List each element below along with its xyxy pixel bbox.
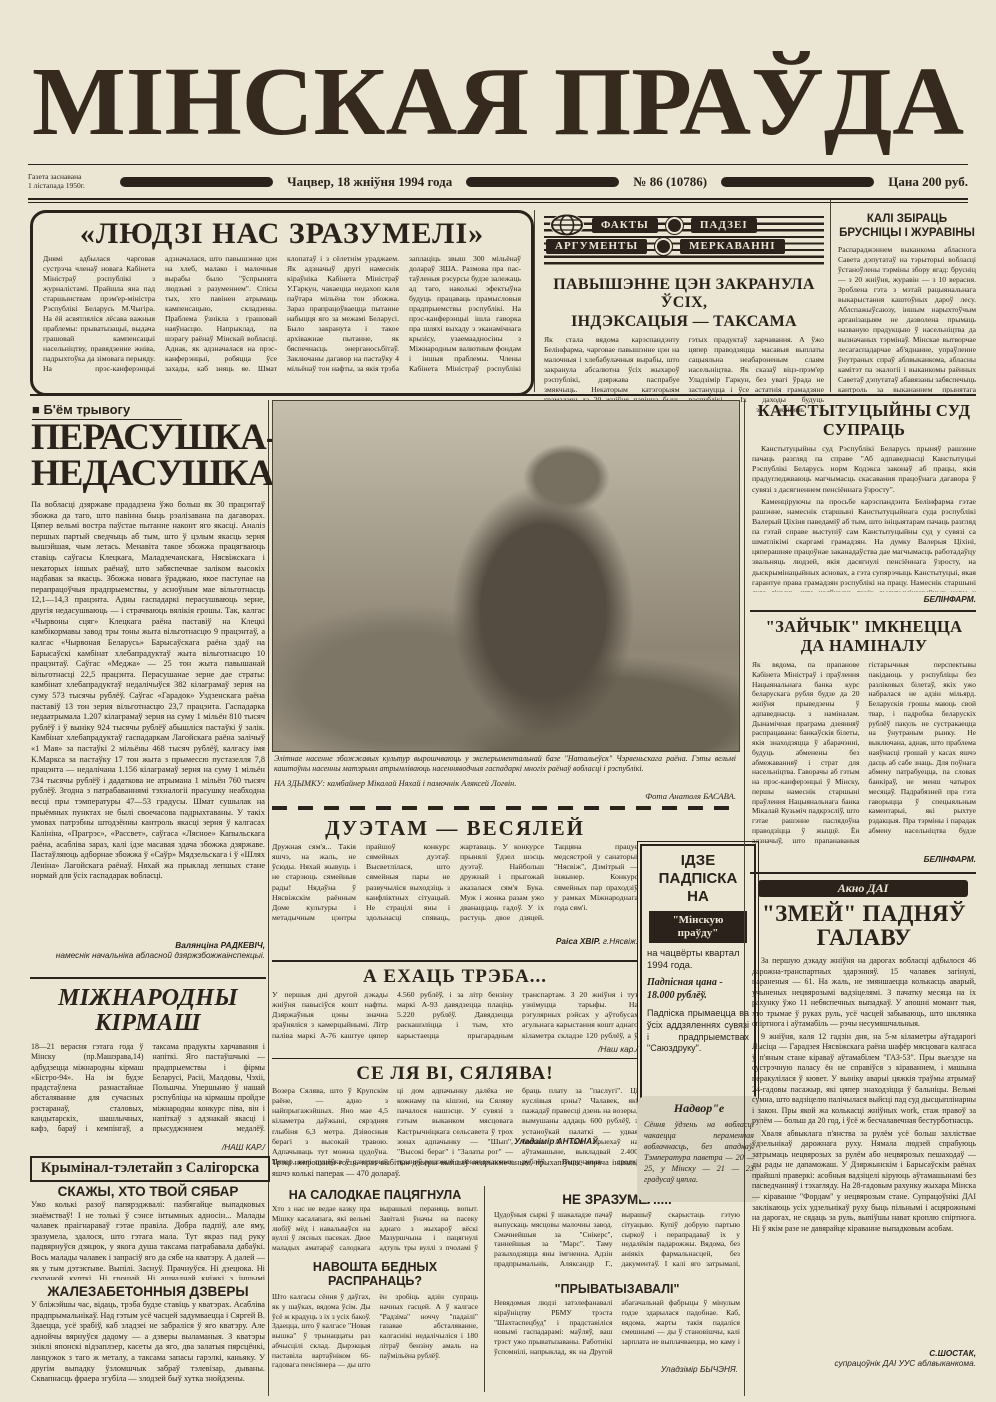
- divider-top-1: [534, 210, 535, 392]
- dai-p2: 9 жніўня, каля 12 гадзін дня, на 5-м кіл…: [752, 1032, 976, 1127]
- photo-credit: Фота Анатоля БАСАВА.: [500, 791, 736, 801]
- alarm-byline-role: намеснік начальніка абласной дзяржзбожжа…: [31, 950, 265, 960]
- article-berries: КАЛІ ЗБІРАЦЬ БРУСНІЦЫ І ЖУРАВІНЫ Распара…: [838, 213, 976, 393]
- dai-p3: Хваля абвыклага п'янства за рулём усё бо…: [752, 1129, 976, 1234]
- facts-section: ФАКТЫ ПАДЗЕІ АРГУМЕНТЫ МЕРКАВАННІ ПАВЫШЭ…: [544, 212, 824, 417]
- section-rule: [30, 394, 976, 396]
- badge-word-fakty: ФАКТЫ: [592, 218, 658, 233]
- weather-title: Надвор"е: [644, 1101, 754, 1116]
- rule-center-2: [272, 1058, 638, 1059]
- masthead-title-art: МІНСКАЯ ПРАЎДА: [28, 40, 968, 158]
- fair-byline: /НАШ КАР./: [31, 1142, 265, 1152]
- issue-price: Цана 200 руб.: [888, 174, 968, 190]
- sweet-body: Хто з нас не ведае казку пра Мішку касал…: [272, 1204, 478, 1256]
- court-headline-l1: КАНСТЫТУЦЫЙНЫ СУД: [752, 402, 976, 421]
- duet-byline-city: г.Нясвіж.: [603, 936, 638, 946]
- dai-headline-l2: ГАЛАВУ: [752, 926, 976, 950]
- dai-byline-role: супрацоўнік ДАІ УУС аблвыканкома.: [752, 1358, 976, 1368]
- court-headline: КАНСТЫТУЦЫЙНЫ СУД СУПРАЦЬ: [752, 402, 976, 440]
- strip-headline: НАВОШТА БЕДНЫХ РАСПРАНАЦЬ?: [272, 1260, 478, 1289]
- duet-headline: ДУЭТАМ — ВЕСЯЛЕЙ: [272, 816, 638, 841]
- subscription-price: Падпісная цана - 18.000 рублёў.: [647, 977, 749, 1002]
- subscription-paper-l2: праўду": [649, 927, 747, 940]
- dai-label: Акно ДАІ: [758, 880, 968, 897]
- article-lyudzi-body: Днямі адбылася чарговая сустрэча членаў …: [43, 254, 521, 380]
- crime1-headline: СКАЖЫ, ХТО ТВОЙ СЯБАР: [31, 1184, 265, 1199]
- court-p2: Каменціруючы па просьбе карэспандэнта Бе…: [752, 497, 976, 592]
- newspaper-title: МІНСКАЯ ПРАЎДА: [32, 48, 964, 156]
- founded-line2: 1 лістапада 1950г.: [28, 182, 106, 191]
- badge-dot: [655, 238, 672, 255]
- bunny-headline-l1: "ЗАЙЧЫК" ІМКНЕЦЦА: [752, 618, 976, 637]
- fair-body: 18—21 верасня гэтага года ў Мінску (пр.М…: [31, 1042, 265, 1142]
- subscription-price-l1: Падпісная цана -: [647, 977, 749, 990]
- facts-badge: ФАКТЫ ПАДЗЕІ АРГУМЕНТЫ МЕРКАВАННІ: [544, 214, 824, 270]
- weather-box: Надвор"е Сёння ўдзень на вобласці чакаец…: [637, 1096, 761, 1202]
- dateline: Газета заснавана 1 лістапада 1950г. Чацв…: [28, 169, 968, 195]
- dai-headline-l1: "ЗМЕЙ" ПАДНЯЎ: [752, 902, 976, 926]
- badge-dot: [666, 217, 683, 234]
- dateline-bar: [120, 177, 273, 187]
- founded-note: Газета заснавана 1 лістапада 1950г.: [28, 173, 106, 190]
- crime-cont: Трэці непрошаны госць праз выбітыя дзвер…: [272, 1158, 638, 1180]
- article-lyudzi-headline: «ЛЮДЗІ НАС ЗРАЗУМЕЛІ»: [43, 217, 521, 251]
- crime2-headline: ЖАЛЕЗАБЕТОННЫЯ ДЗВЕРЫ: [31, 1284, 265, 1299]
- fair-headline-l2: КІРМАШ: [31, 1011, 265, 1036]
- photo-caption: Элітнае насенне збожжавых культур вырошч…: [274, 754, 736, 775]
- article-prices-headline-l1: ПАВЫШЭННЕ ЦЭН ЗАКРАНУЛА ЎСІХ,: [544, 276, 824, 313]
- dateline-bar: [721, 177, 874, 187]
- badge-row-2: АРГУМЕНТЫ МЕРКАВАННІ: [544, 238, 824, 255]
- alarm-headline: ПЕРАСУШКА- НЕДАСУШКА: [31, 420, 267, 493]
- alarm-byline: Валянціна РАДКЕВІЧ, намеснік начальніка …: [31, 940, 265, 960]
- badge-row-1: ФАКТЫ ПАДЗЕІ: [544, 214, 824, 236]
- dai-p1: За першую дэкаду жніўня на дарогах вобла…: [752, 956, 976, 1030]
- subscription-title: ІДЗЕ ПАДПІСКА НА: [647, 852, 749, 906]
- newspaper-page: МІНСКАЯ ПРАЎДА Газета заснавана 1 лістап…: [0, 0, 996, 1402]
- subscription-box: ІДЗЕ ПАДПІСКА НА "Мінскую праўду" на чац…: [640, 844, 756, 1104]
- misunderstood-body: Цудоўныя сыркі ў шакаладзе пачаў выпуска…: [494, 1210, 740, 1276]
- issue-date: Чацвер, 18 жніўня 1994 года: [287, 174, 452, 190]
- rule-left-1: [30, 977, 266, 979]
- court-headline-l2: СУПРАЦЬ: [752, 421, 976, 440]
- masthead-rule-top: [28, 164, 968, 165]
- alarm-headline-l2: НЕДАСУШКА: [31, 456, 267, 492]
- subscription-title-l3: НА: [647, 888, 749, 906]
- subscription-title-l1: ІДЗЕ: [647, 852, 749, 870]
- lake-headline: СЕ ЛЯ ВІ, СЯЛЯВА!: [272, 1063, 638, 1085]
- rule-right-2: [750, 872, 976, 874]
- article-berries-headline: КАЛІ ЗБІРАЦЬ БРУСНІЦЫ І ЖУРАВІНЫ: [838, 213, 976, 241]
- duet-byline-name: Раіса ХВІР.: [556, 936, 601, 946]
- weather-body: Сёння ўдзень на вобласці чакаецца пераме…: [644, 1119, 754, 1185]
- dashed-divider: [272, 806, 738, 810]
- divider-right: [744, 400, 745, 1396]
- article-prices-headline: ПАВЫШЭННЕ ЦЭН ЗАКРАНУЛА ЎСІХ, ІНДЭКСАЦЫЯ…: [544, 276, 824, 331]
- dai-headline: "ЗМЕЙ" ПАДНЯЎ ГАЛАВУ: [752, 902, 976, 950]
- road-body: У першыя дні другой дэкады жніўня павысі…: [272, 990, 638, 1046]
- rule-right-1: [750, 610, 976, 612]
- photo-combine-harvester: [272, 400, 740, 752]
- dai-byline: С.ШОСТАК, супрацоўнік ДАІ УУС аблвыканко…: [752, 1348, 976, 1368]
- divider-left: [268, 400, 269, 1396]
- bunny-byline: БЕЛІНФАРМ.: [752, 854, 976, 864]
- masthead-rule-bottom: [28, 198, 968, 203]
- subscription-paper-name: "Мінскую праўду": [649, 911, 747, 943]
- sweet-headline: НА САЛОДКАЕ ПАЦЯГНУЛА: [272, 1188, 478, 1202]
- dateline-bar: [466, 177, 619, 187]
- article-berries-headline-l1: КАЛІ ЗБІРАЦЬ: [838, 213, 976, 227]
- privatized-byline: Уладзімір БЫЧЭНЯ.: [560, 1364, 738, 1374]
- bunny-headline: "ЗАЙЧЫК" ІМКНЕЦЦА ДА НАМІНАЛУ: [752, 618, 976, 656]
- court-byline: БЕЛІНФАРМ.: [752, 594, 976, 604]
- duet-byline: Раіса ХВІР. г.Нясвіж.: [440, 936, 638, 946]
- divider-top-2: [830, 200, 831, 392]
- globe-icon: [550, 214, 584, 236]
- fair-headline: МІЖНАРОДНЫ КІРМАШ: [31, 986, 265, 1036]
- road-headline: А ЕХАЦЬ ТРЭБА...: [272, 966, 638, 988]
- photo-on-photo: НА ЗДЫМКУ: камбайнер Мікалай Няхай і пам…: [274, 779, 614, 788]
- subscription-period: на чацвёрты квартал 1994 года.: [647, 948, 749, 972]
- article-berries-body: Распараджэннем выканкома абласнога Савет…: [838, 245, 976, 393]
- article-prices-headline-l2: ІНДЭКСАЦЫЯ — ТАКСАМА: [544, 313, 824, 331]
- alarm-headline-l1: ПЕРАСУШКА-: [31, 420, 267, 456]
- rule-center-1: [272, 960, 638, 962]
- dai-body: За першую дэкаду жніўня на дарогах вобла…: [752, 956, 976, 1344]
- subscription-title-l2: ПАДПІСКА: [647, 870, 749, 888]
- dai-byline-name: С.ШОСТАК,: [752, 1348, 976, 1358]
- badge-word-padzei: ПАДЗЕІ: [691, 218, 757, 233]
- divider-bottom-mid: [484, 1186, 485, 1392]
- court-p1: Канстытуцыйны суд Рэспублікі Беларусь пр…: [752, 444, 976, 495]
- badge-word-argumenty: АРГУМЕНТЫ: [546, 239, 647, 254]
- crime2-body: У бліжэйшы час, відаць, трэба будзе став…: [31, 1300, 265, 1392]
- privatized-body: Невядомыя людзі затэлефанавалі кіраўніцт…: [494, 1298, 740, 1360]
- badge-word-merkavanni: МЕРКАВАННІ: [680, 239, 784, 254]
- court-body: Канстытуцыйны суд Рэспублікі Беларусь пр…: [752, 444, 976, 592]
- bunny-body: Як вядома, па прапанове Кабінета Міністр…: [752, 660, 976, 852]
- article-berries-headline-l2: БРУСНІЦЫ І ЖУРАВІНЫ: [838, 227, 976, 241]
- privatized-headline: "ПРЫВАТЫЗАВАЛІ": [494, 1282, 740, 1296]
- road-byline: /Наш кар./: [460, 1044, 638, 1054]
- alarm-byline-name: Валянціна РАДКЕВІЧ,: [31, 940, 265, 950]
- crime1-body: Ужо колькі разоў папярэджвалі: пазбягайц…: [31, 1200, 265, 1280]
- issue-number: № 86 (10786): [633, 174, 707, 190]
- bunny-headline-l2: ДА НАМІНАЛУ: [752, 637, 976, 656]
- crime-banner: Крымінал-тэлетайп з Салігорска: [30, 1156, 270, 1182]
- fair-headline-l1: МІЖНАРОДНЫ: [31, 986, 265, 1011]
- duet-body: Дружная сям'я... Такія яшчэ, на жаль, не…: [272, 842, 638, 936]
- alarm-body: Па вобласці дзяржаве прададзена ўжо боль…: [31, 500, 265, 938]
- lake-byline: Уладзімір АНТОНАЎ.: [440, 1136, 600, 1146]
- article-lyudzi: «ЛЮДЗІ НАС ЗРАЗУМЕЛІ» Днямі адбылася чар…: [30, 210, 534, 396]
- strip-body: Што калгасы сёння ў даўгах, як у шаўках,…: [272, 1292, 478, 1392]
- subscription-note: Падпіска прымаецца ва ўсіх аддзяленнях с…: [647, 1008, 749, 1055]
- subscription-paper-l1: "Мінскую: [649, 914, 747, 927]
- subscription-price-l2: 18.000 рублёў.: [647, 990, 749, 1003]
